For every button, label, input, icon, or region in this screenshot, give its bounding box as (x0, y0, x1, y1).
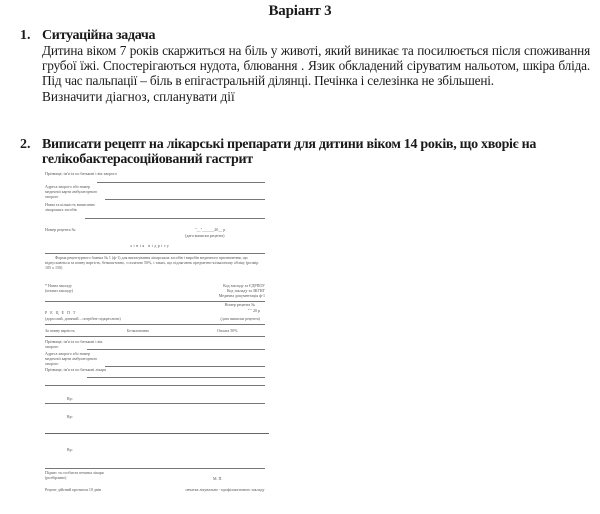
question-2: 2. Виписати рецепт на лікарські препарат… (20, 137, 590, 167)
drug-name-label: Назва та кількість виписаних лікарських … (45, 203, 97, 213)
rp-label-2: Rp: (67, 415, 73, 420)
code-3: Медична документація ф-1 (219, 294, 265, 299)
question-heading: Виписати рецепт на лікарські препарати д… (42, 137, 590, 167)
task-text: Визначити діагноз, спланувати дії (42, 89, 590, 104)
form-note: Форма рецептурного бланка № 1 (ф-1) для … (45, 256, 265, 270)
question-number: 2. (20, 137, 31, 153)
prescription-form-image: Прізвище, ім'я та по батькові і вік хвор… (45, 170, 265, 510)
payment-free: Безкоштовно (127, 329, 149, 334)
rx-number-label: Номер рецепта № (45, 228, 75, 233)
payment-full: За повну вартість (45, 329, 75, 334)
validity-label: Рецепт дійсний протягом 10 днів (45, 488, 101, 493)
rp-label-3: Rp: (67, 448, 73, 453)
field-doctor: Прізвище, ім'я та по батькові лікаря (45, 368, 111, 373)
case-description: Дитина віком 7 років скаржиться на біль … (42, 43, 590, 89)
signature-label: Підпис та особиста печатка лікаря (розбі… (45, 471, 107, 481)
date-caption: (дата виписки рецепта) (185, 234, 225, 239)
recipe-date: " " 20 р (248, 309, 260, 314)
rp-label-1: Rp: (67, 397, 73, 402)
patient-name-label: Прізвище, ім'я та по батькові і вік хвор… (45, 172, 117, 177)
field-address: Адреса хворого або номер медичної карти … (45, 352, 105, 366)
recipe-type: (дорослий, дитячий – потрібне підкреслит… (45, 317, 121, 322)
document-title: Варіант 3 (0, 3, 600, 20)
payment-50: Оплата 50% (217, 329, 238, 334)
stamp-mark: М. П. (213, 477, 222, 482)
clinic-stamp-label: печатка лікувально - профілактичного зак… (180, 488, 270, 493)
question-heading: Ситуаційна задача (42, 28, 590, 43)
cut-line-label: лінія відрізу (130, 244, 170, 249)
recipe-date-caption: (дата виписки рецепта) (220, 317, 260, 322)
question-1: 1. Ситуаційна задача Дитина віком 7 рокі… (20, 28, 590, 104)
institution-stamp: * Назва закладу (штамп закладу) (45, 284, 85, 294)
question-number: 1. (20, 28, 31, 44)
address-label: Адреса хворого або номер медичної карти … (45, 185, 105, 199)
